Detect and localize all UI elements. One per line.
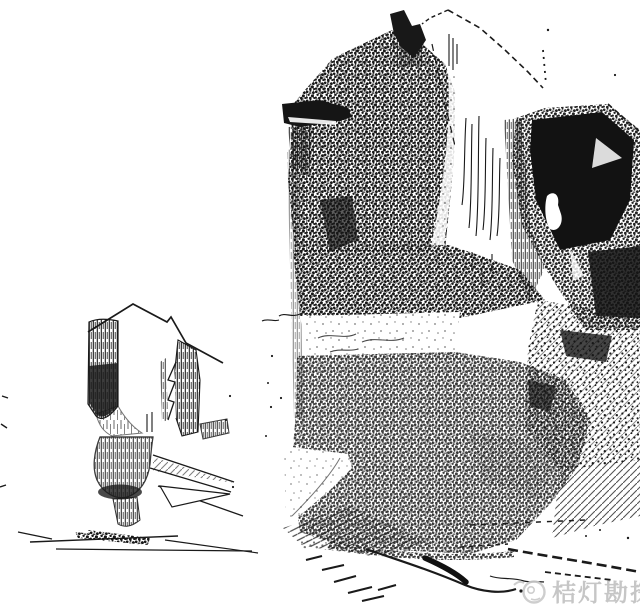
ridge-dashed-left (422, 10, 448, 24)
summit-clump-streaks (392, 36, 424, 68)
main-crag (279, 10, 640, 560)
watermark-text: 桔灯勘探 (552, 580, 640, 607)
pillar-column-right (174, 340, 200, 436)
illustration-canvas: 桔灯勘探 (0, 0, 640, 614)
scree-dashes (306, 556, 396, 601)
watermark: 桔灯勘探 (514, 580, 640, 607)
right-apron-hatch (552, 458, 640, 538)
summit-vertical-ticks (449, 34, 457, 70)
engraving-scene: 桔灯勘探 (0, 0, 640, 614)
left-face-streaks (288, 30, 458, 252)
goblet-foot (113, 497, 140, 526)
wedge-solid-lower (588, 246, 640, 318)
lantern-mascot-icon (514, 582, 545, 603)
pillar-ground-lines (18, 532, 258, 553)
small-rock-pillar (18, 304, 258, 553)
dotted-trail (543, 50, 546, 84)
